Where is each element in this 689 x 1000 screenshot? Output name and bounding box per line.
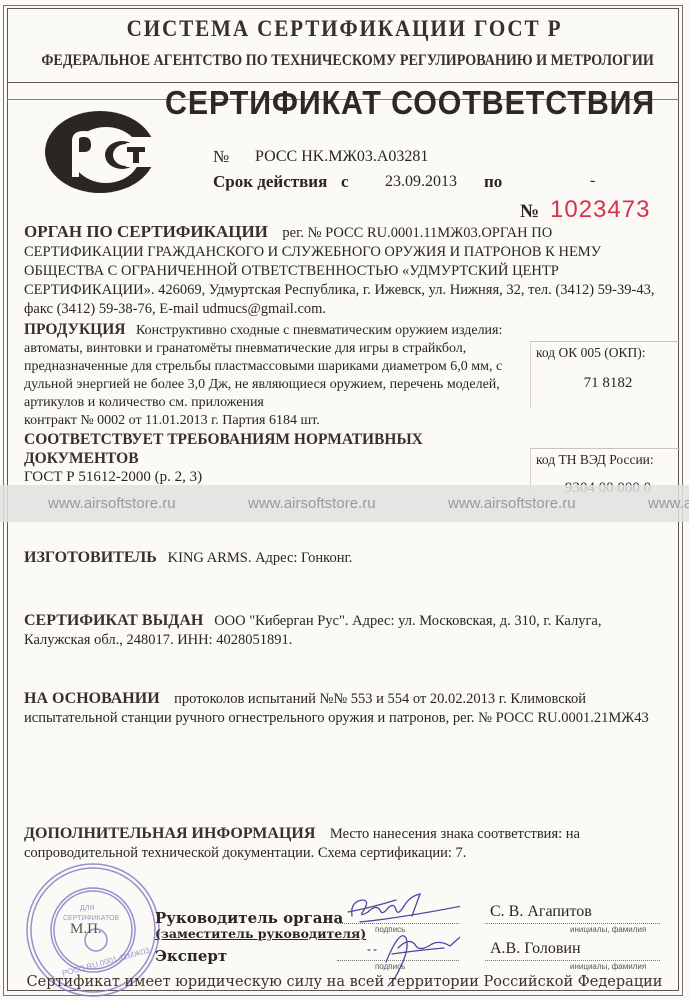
- validity-label: Срок действия: [213, 172, 327, 192]
- manufacturer-heading: ИЗГОТОВИТЕЛЬ: [24, 549, 157, 566]
- watermark-band: www.airsoftstore.ru www.airsoftstore.ru …: [0, 485, 689, 522]
- expert-name: А.В. Головин: [490, 940, 581, 958]
- head-name: С. В. Агапитов: [490, 903, 592, 921]
- validity-from-label: с: [341, 172, 349, 192]
- manufacturer-section: ИЗГОТОВИТЕЛЬ KING ARMS. Адрес: Гонконг.: [24, 548, 664, 568]
- certificate-number: РОСС HK.МЖ03.А03281: [255, 148, 428, 166]
- rst-logo-icon: [42, 107, 158, 197]
- watermark-text: www.airsoftstore.ru: [48, 495, 176, 512]
- manufacturer-text: KING ARMS. Адрес: Гонконг.: [168, 550, 353, 566]
- svg-text:ДЛЯ: ДЛЯ: [80, 905, 94, 912]
- valid-from-date: 23.09.2013: [385, 173, 457, 191]
- head-name-caption: инициалы, фамилия: [570, 925, 646, 934]
- issued-to-heading: СЕРТИФИКАТ ВЫДАН: [24, 612, 203, 629]
- watermark-text: www.airsoftstore.ru: [248, 495, 376, 512]
- head-name-line: [485, 923, 660, 924]
- serial-number-label: №: [520, 201, 539, 223]
- expert-name-caption: инициалы, фамилия: [570, 962, 646, 971]
- valid-to-date: -: [590, 172, 595, 190]
- okp-code-value: 71 8182: [536, 375, 680, 392]
- conformity-heading: СООТВЕТСТВУЕТ ТРЕБОВАНИЯМ НОРМАТИВНЫХ ДО…: [24, 430, 524, 468]
- header-divider: [7, 82, 679, 83]
- basis-section: НА ОСНОВАНИИ протоколов испытаний №№ 553…: [24, 689, 664, 728]
- deputy-head-label: (заместитель руководителя): [155, 926, 366, 941]
- handwritten-signatures-icon: [340, 888, 460, 988]
- expert-label: Эксперт: [155, 947, 227, 965]
- expert-name-line: [485, 960, 660, 961]
- basis-heading: НА ОСНОВАНИИ: [24, 690, 160, 707]
- okp-code-label: код ОК 005 (ОКП):: [536, 345, 645, 360]
- system-title: СИСТЕМА СЕРТИФИКАЦИИ ГОСТ Р: [28, 16, 662, 42]
- watermark-text: www.airsoftstore.ru: [648, 495, 689, 512]
- additional-info-section: ДОПОЛНИТЕЛЬНАЯ ИНФОРМАЦИЯ Место нанесени…: [24, 824, 664, 863]
- product-section: ПРОДУКЦИЯ Конструктивно сходные с пневма…: [24, 321, 524, 430]
- issued-to-section: СЕРТИФИКАТ ВЫДАН ООО "Киберган Рус". Адр…: [24, 611, 664, 650]
- head-of-body-label: Руководитель органа: [155, 909, 343, 927]
- certificate-number-label: №: [213, 147, 229, 167]
- watermark-text: www.airsoftstore.ru: [448, 495, 576, 512]
- certification-body-section: ОРГАН ПО СЕРТИФИКАЦИИ рег. № РОСС RU.000…: [24, 222, 674, 319]
- legal-validity-footer: Сертификат имеет юридическую силу на все…: [0, 974, 689, 990]
- product-contract: контракт № 0002 от 11.01.2013 г. Партия …: [24, 413, 320, 428]
- certificate-title: СЕРТИФИКАТ СООТВЕТСТВИЯ: [165, 84, 655, 122]
- agency-name: ФЕДЕРАЛЬНОЕ АГЕНТСТВО ПО ТЕХНИЧЕСКОМУ РЕ…: [41, 52, 647, 70]
- tnved-code-label: код ТН ВЭД России:: [536, 452, 654, 467]
- conformity-section: СООТВЕТСТВУЕТ ТРЕБОВАНИЯМ НОРМАТИВНЫХ ДО…: [24, 430, 524, 487]
- okp-code-box: код ОК 005 (ОКП): 71 8182: [530, 341, 680, 409]
- additional-info-heading: ДОПОЛНИТЕЛЬНАЯ ИНФОРМАЦИЯ: [24, 825, 315, 842]
- serial-number: 1023473: [550, 196, 650, 224]
- validity-to-label: по: [484, 172, 502, 192]
- product-heading: ПРОДУКЦИЯ: [24, 321, 126, 338]
- stamp-place-label: М.П.: [70, 921, 102, 938]
- certification-body-heading: ОРГАН ПО СЕРТИФИКАЦИИ: [24, 222, 268, 241]
